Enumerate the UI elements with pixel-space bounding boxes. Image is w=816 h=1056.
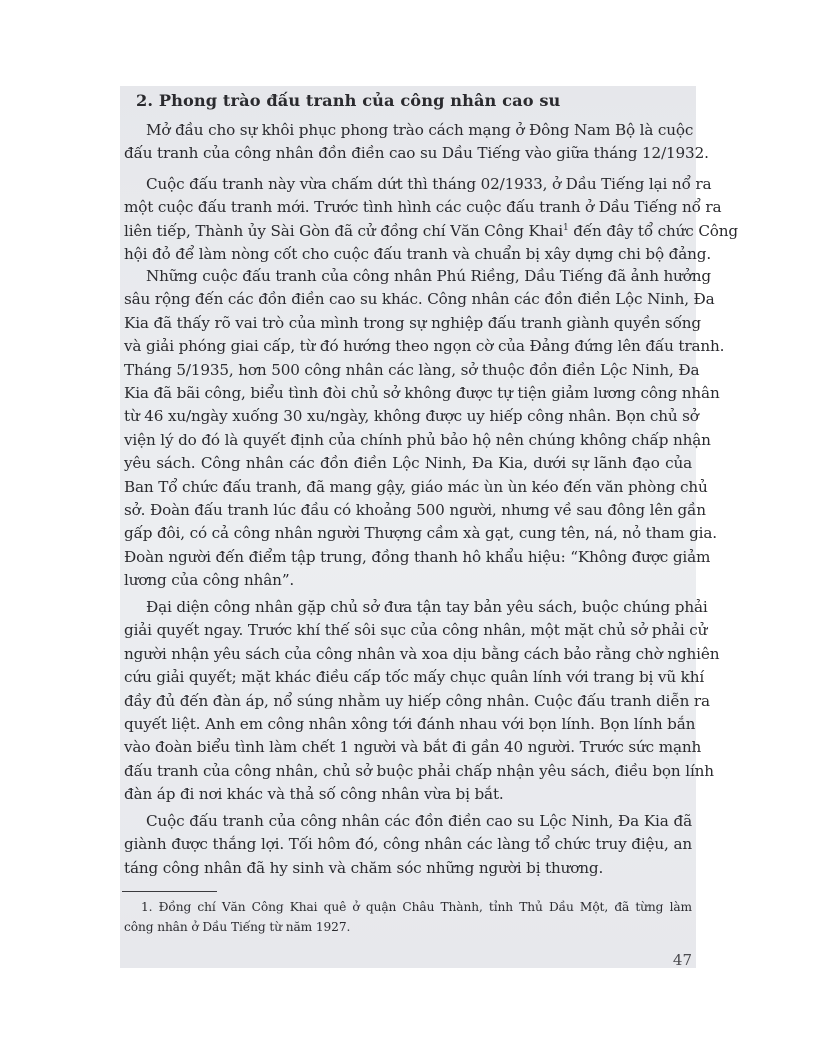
- text-line: từ 46 xu/ngày xuống 30 xu/ngày, không đư…: [124, 405, 692, 428]
- text-line: gấp đôi, có cả công nhân người Thượng cầ…: [124, 522, 692, 545]
- text-segment: liên tiếp, Thành ủy Sài Gòn đã cử đồng c…: [124, 222, 563, 240]
- paragraph-4: Đại diện công nhân gặp chủ sở đưa tận ta…: [124, 596, 692, 807]
- text-line: người nhận yêu sách của công nhân và xoa…: [124, 643, 692, 666]
- text-line: táng công nhân đã hy sinh và chăm sóc nh…: [124, 857, 692, 880]
- text-line: lương của công nhân”.: [124, 569, 692, 592]
- text-line: Những cuộc đấu tranh của công nhân Phú R…: [124, 265, 692, 288]
- text-line: đấu tranh của công nhân đồn điền cao su …: [124, 142, 692, 165]
- paragraph-1: Mở đầu cho sự khôi phục phong trào cách …: [124, 119, 692, 166]
- text-line: quyết liệt. Anh em công nhân xông tới đá…: [124, 713, 692, 736]
- text-line: vào đoàn biểu tình làm chết 1 người và b…: [124, 736, 692, 759]
- footnote-line: công nhân ở Dầu Tiếng từ năm 1927.: [124, 917, 692, 937]
- text-line: giải quyết ngay. Trước khí thế sôi sục c…: [124, 619, 692, 642]
- paragraph-3: Những cuộc đấu tranh của công nhân Phú R…: [124, 265, 692, 592]
- text-line: đấu tranh của công nhân, chủ sở buộc phả…: [124, 760, 692, 783]
- footnote-divider: [122, 891, 217, 892]
- text-line: sở. Đoàn đấu tranh lúc đầu có khoảng 500…: [124, 499, 692, 522]
- text-segment: đến đây tổ chức Công: [569, 222, 738, 240]
- text-line: đàn áp đi nơi khác và thả số công nhân v…: [124, 783, 692, 806]
- text-line: Kia đã bãi công, biểu tình đòi chủ sở kh…: [124, 382, 692, 405]
- text-line: Mở đầu cho sự khôi phục phong trào cách …: [124, 119, 692, 142]
- text-line: đầy đủ đến đàn áp, nổ súng nhằm uy hiếp …: [124, 690, 692, 713]
- text-line: viện lý do đó là quyết định của chính ph…: [124, 429, 692, 452]
- text-line: Đại diện công nhân gặp chủ sở đưa tận ta…: [124, 596, 692, 619]
- text-line-with-footnote: liên tiếp, Thành ủy Sài Gòn đã cử đồng c…: [124, 220, 692, 243]
- text-line: Cuộc đấu tranh của công nhân các đồn điề…: [124, 810, 692, 833]
- text-line: Đoàn người đến điểm tập trung, đồng than…: [124, 546, 692, 569]
- page-number: 47: [660, 951, 692, 969]
- text-line: Cuộc đấu tranh này vừa chấm dứt thì thán…: [124, 173, 692, 196]
- footnote-line: 1. Đồng chí Văn Công Khai quê ở quận Châ…: [124, 897, 692, 917]
- text-line: một cuộc đấu tranh mới. Trước tình hình …: [124, 196, 692, 219]
- text-line: giành được thắng lợi. Tối hôm đó, công n…: [124, 833, 692, 856]
- text-line: Ban Tổ chức đấu tranh, đã mang gậy, giáo…: [124, 476, 692, 499]
- text-line: cứu giải quyết; mặt khác điều cấp tốc mấ…: [124, 666, 692, 689]
- section-heading: 2. Phong trào đấu tranh của công nhân ca…: [136, 91, 560, 110]
- text-line: hội đỏ để làm nòng cốt cho cuộc đấu tran…: [124, 243, 692, 266]
- footnote: 1. Đồng chí Văn Công Khai quê ở quận Châ…: [124, 897, 692, 937]
- paragraph-2: Cuộc đấu tranh này vừa chấm dứt thì thán…: [124, 173, 692, 267]
- text-line: Kia đã thấy rõ vai trò của mình trong sự…: [124, 312, 692, 335]
- text-line: yêu sách. Công nhân các đồn điền Lộc Nin…: [124, 452, 692, 475]
- text-line: và giải phóng giai cấp, từ đó hướng theo…: [124, 335, 692, 358]
- text-line: Tháng 5/1935, hơn 500 công nhân các làng…: [124, 359, 692, 382]
- paragraph-5: Cuộc đấu tranh của công nhân các đồn điề…: [124, 810, 692, 880]
- text-line: sâu rộng đến các đồn điền cao su khác. C…: [124, 288, 692, 311]
